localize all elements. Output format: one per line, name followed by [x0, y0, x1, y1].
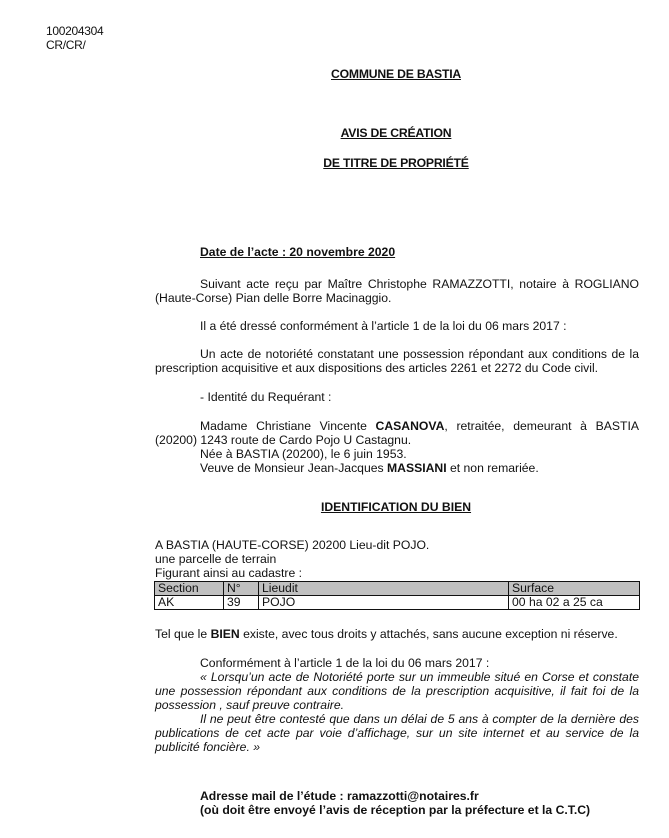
cell-lieudit: POJO: [259, 596, 509, 610]
bien-conditions: Tel que le BIEN existe, avec tous droits…: [155, 627, 639, 641]
cell-numero: 39: [224, 596, 259, 610]
avis-title: AVIS DE CRÉATION: [155, 126, 637, 140]
cell-section: AK: [155, 596, 224, 610]
requerant-identity: Madame Christiane Vincente CASANOVA, ret…: [155, 419, 639, 447]
tel-bien: BIEN: [211, 627, 240, 641]
requerant-birth: Née à BASTIA (20200), le 6 juin 1953.: [155, 447, 639, 461]
loi-quote-1: « Lorsqu’un acte de Notoriété porte sur …: [155, 670, 639, 712]
reference-number: 100204304: [46, 24, 103, 38]
loi-section: Conformément à l’article 1 de la loi du …: [155, 656, 639, 754]
header-lieudit: Lieudit: [259, 582, 509, 596]
contact-note: (où doit être envoyé l’avis de réception…: [200, 803, 639, 817]
titre-title: DE TITRE DE PROPRIÉTÉ: [155, 156, 637, 170]
acte-date-section: Date de l’acte : 20 novembre 2020: [155, 245, 639, 259]
requerant-name-prefix: Madame Christiane Vincente: [200, 419, 376, 433]
bien-heading: IDENTIFICATION DU BIEN: [321, 500, 471, 514]
bien-description: A BASTIA (HAUTE-CORSE) 20200 Lieu-dit PO…: [155, 538, 639, 580]
cadastre-header-row: Section N° Lieudit Surface: [155, 582, 640, 596]
widow-surname: MASSIANI: [387, 461, 447, 475]
loi-intro: Conformément à l’article 1 de la loi du …: [155, 656, 639, 670]
acte-notoriete-paragraph: Un acte de notoriété constatant une poss…: [155, 347, 639, 375]
cadastre-table: Section N° Lieudit Surface AK 39 POJO 00…: [154, 581, 640, 610]
header-surface: Surface: [509, 582, 640, 596]
widow-prefix: Veuve de Monsieur Jean-Jacques: [200, 461, 387, 475]
acte-suivant-paragraph: Suivant acte reçu par Maître Christophe …: [155, 277, 639, 305]
loi-quote-2: Il ne peut être contesté que dans un dél…: [155, 712, 639, 754]
acte-dresse-paragraph: Il a été dressé conformément à l’article…: [155, 319, 639, 333]
document-reference: 100204304 CR/CR/: [46, 24, 103, 52]
widow-suffix: et non remariée.: [447, 461, 539, 475]
table-row: AK 39 POJO 00 ha 02 a 25 ca: [155, 596, 640, 610]
reference-initials: CR/CR/: [46, 38, 103, 52]
bien-heading-wrap: IDENTIFICATION DU BIEN: [155, 500, 637, 514]
cell-surface: 00 ha 02 a 25 ca: [509, 596, 640, 610]
contact-email: Adresse mail de l’étude : ramazzotti@not…: [200, 789, 639, 803]
contact-section: Adresse mail de l’étude : ramazzotti@not…: [155, 789, 639, 817]
commune-title: COMMUNE DE BASTIA: [155, 67, 637, 81]
bien-type: une parcelle de terrain: [155, 552, 639, 566]
header-numero: N°: [224, 582, 259, 596]
cadastre-intro: Figurant ainsi au cadastre :: [155, 566, 639, 580]
requerant-surname: CASANOVA: [376, 419, 445, 433]
requerant-widow: Veuve de Monsieur Jean-Jacques MASSIANI …: [155, 461, 639, 475]
requerant-heading: - Identité du Requérant :: [155, 390, 639, 404]
bien-location: A BASTIA (HAUTE-CORSE) 20200 Lieu-dit PO…: [155, 538, 639, 552]
tel-suffix: existe, avec tous droits y attachés, san…: [240, 627, 618, 641]
header-section: Section: [155, 582, 224, 596]
requerant-section: Madame Christiane Vincente CASANOVA, ret…: [155, 419, 639, 475]
tel-prefix: Tel que le: [155, 627, 211, 641]
acte-date: Date de l’acte : 20 novembre 2020: [200, 245, 395, 259]
